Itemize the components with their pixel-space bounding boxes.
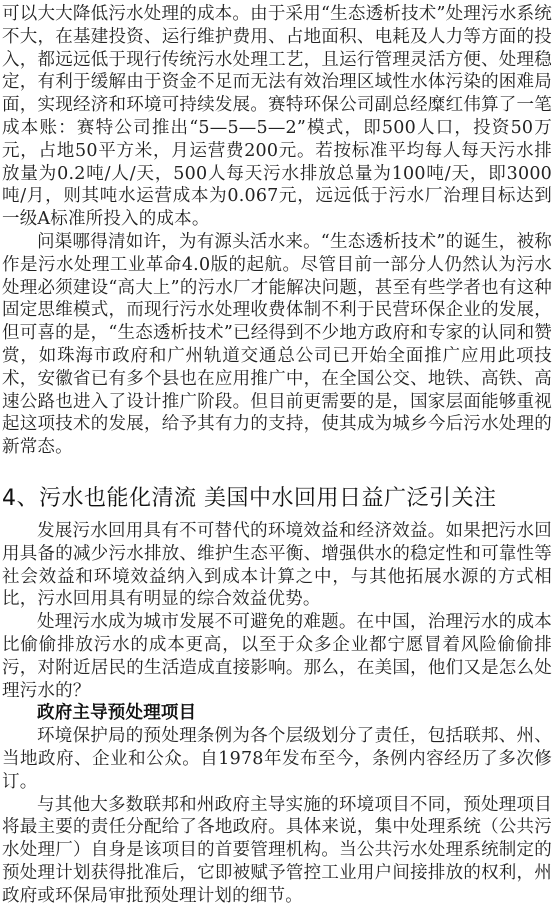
paragraph-cost-analysis: 可以大大降低污水处理的成本。由于采用“生态透析技术”处理污水系统不大，在基建投资…	[2, 3, 552, 231]
paragraph-technology-outlook: 问渠哪得清如许，为有源头活水来。“生态透析技术”的诞生，被称作是污水处理工业革命…	[2, 231, 552, 459]
paragraph-treatment-challenge: 处理污水成为城市发展不可避免的难题。在中国，治理污水的成本比偷偷排放污水的成本更…	[2, 611, 552, 702]
section-spacer	[2, 459, 552, 484]
paragraph-epa-regulations: 环境保护局的预处理条例为各个层级划分了责任，包括联邦、州、当地政府、企业和公众。…	[2, 725, 552, 793]
paragraph-reuse-benefits: 发展污水回用具有不可替代的环境效益和经济效益。如果把污水回用具备的减少污水排放、…	[2, 520, 552, 611]
paragraph-local-responsibility: 与其他大多数联邦和州政府主导实施的环境项目不同，预处理项目将最主要的责任分配给了…	[2, 794, 552, 908]
document-page: 可以大大降低污水处理的成本。由于采用“生态透析技术”处理污水系统不大，在基建投资…	[2, 3, 552, 907]
section-title: 4、污水也能化清流 美国中水回用日益广泛引关注	[2, 484, 552, 514]
subheading-pretreatment: 政府主导预处理项目	[2, 702, 552, 725]
